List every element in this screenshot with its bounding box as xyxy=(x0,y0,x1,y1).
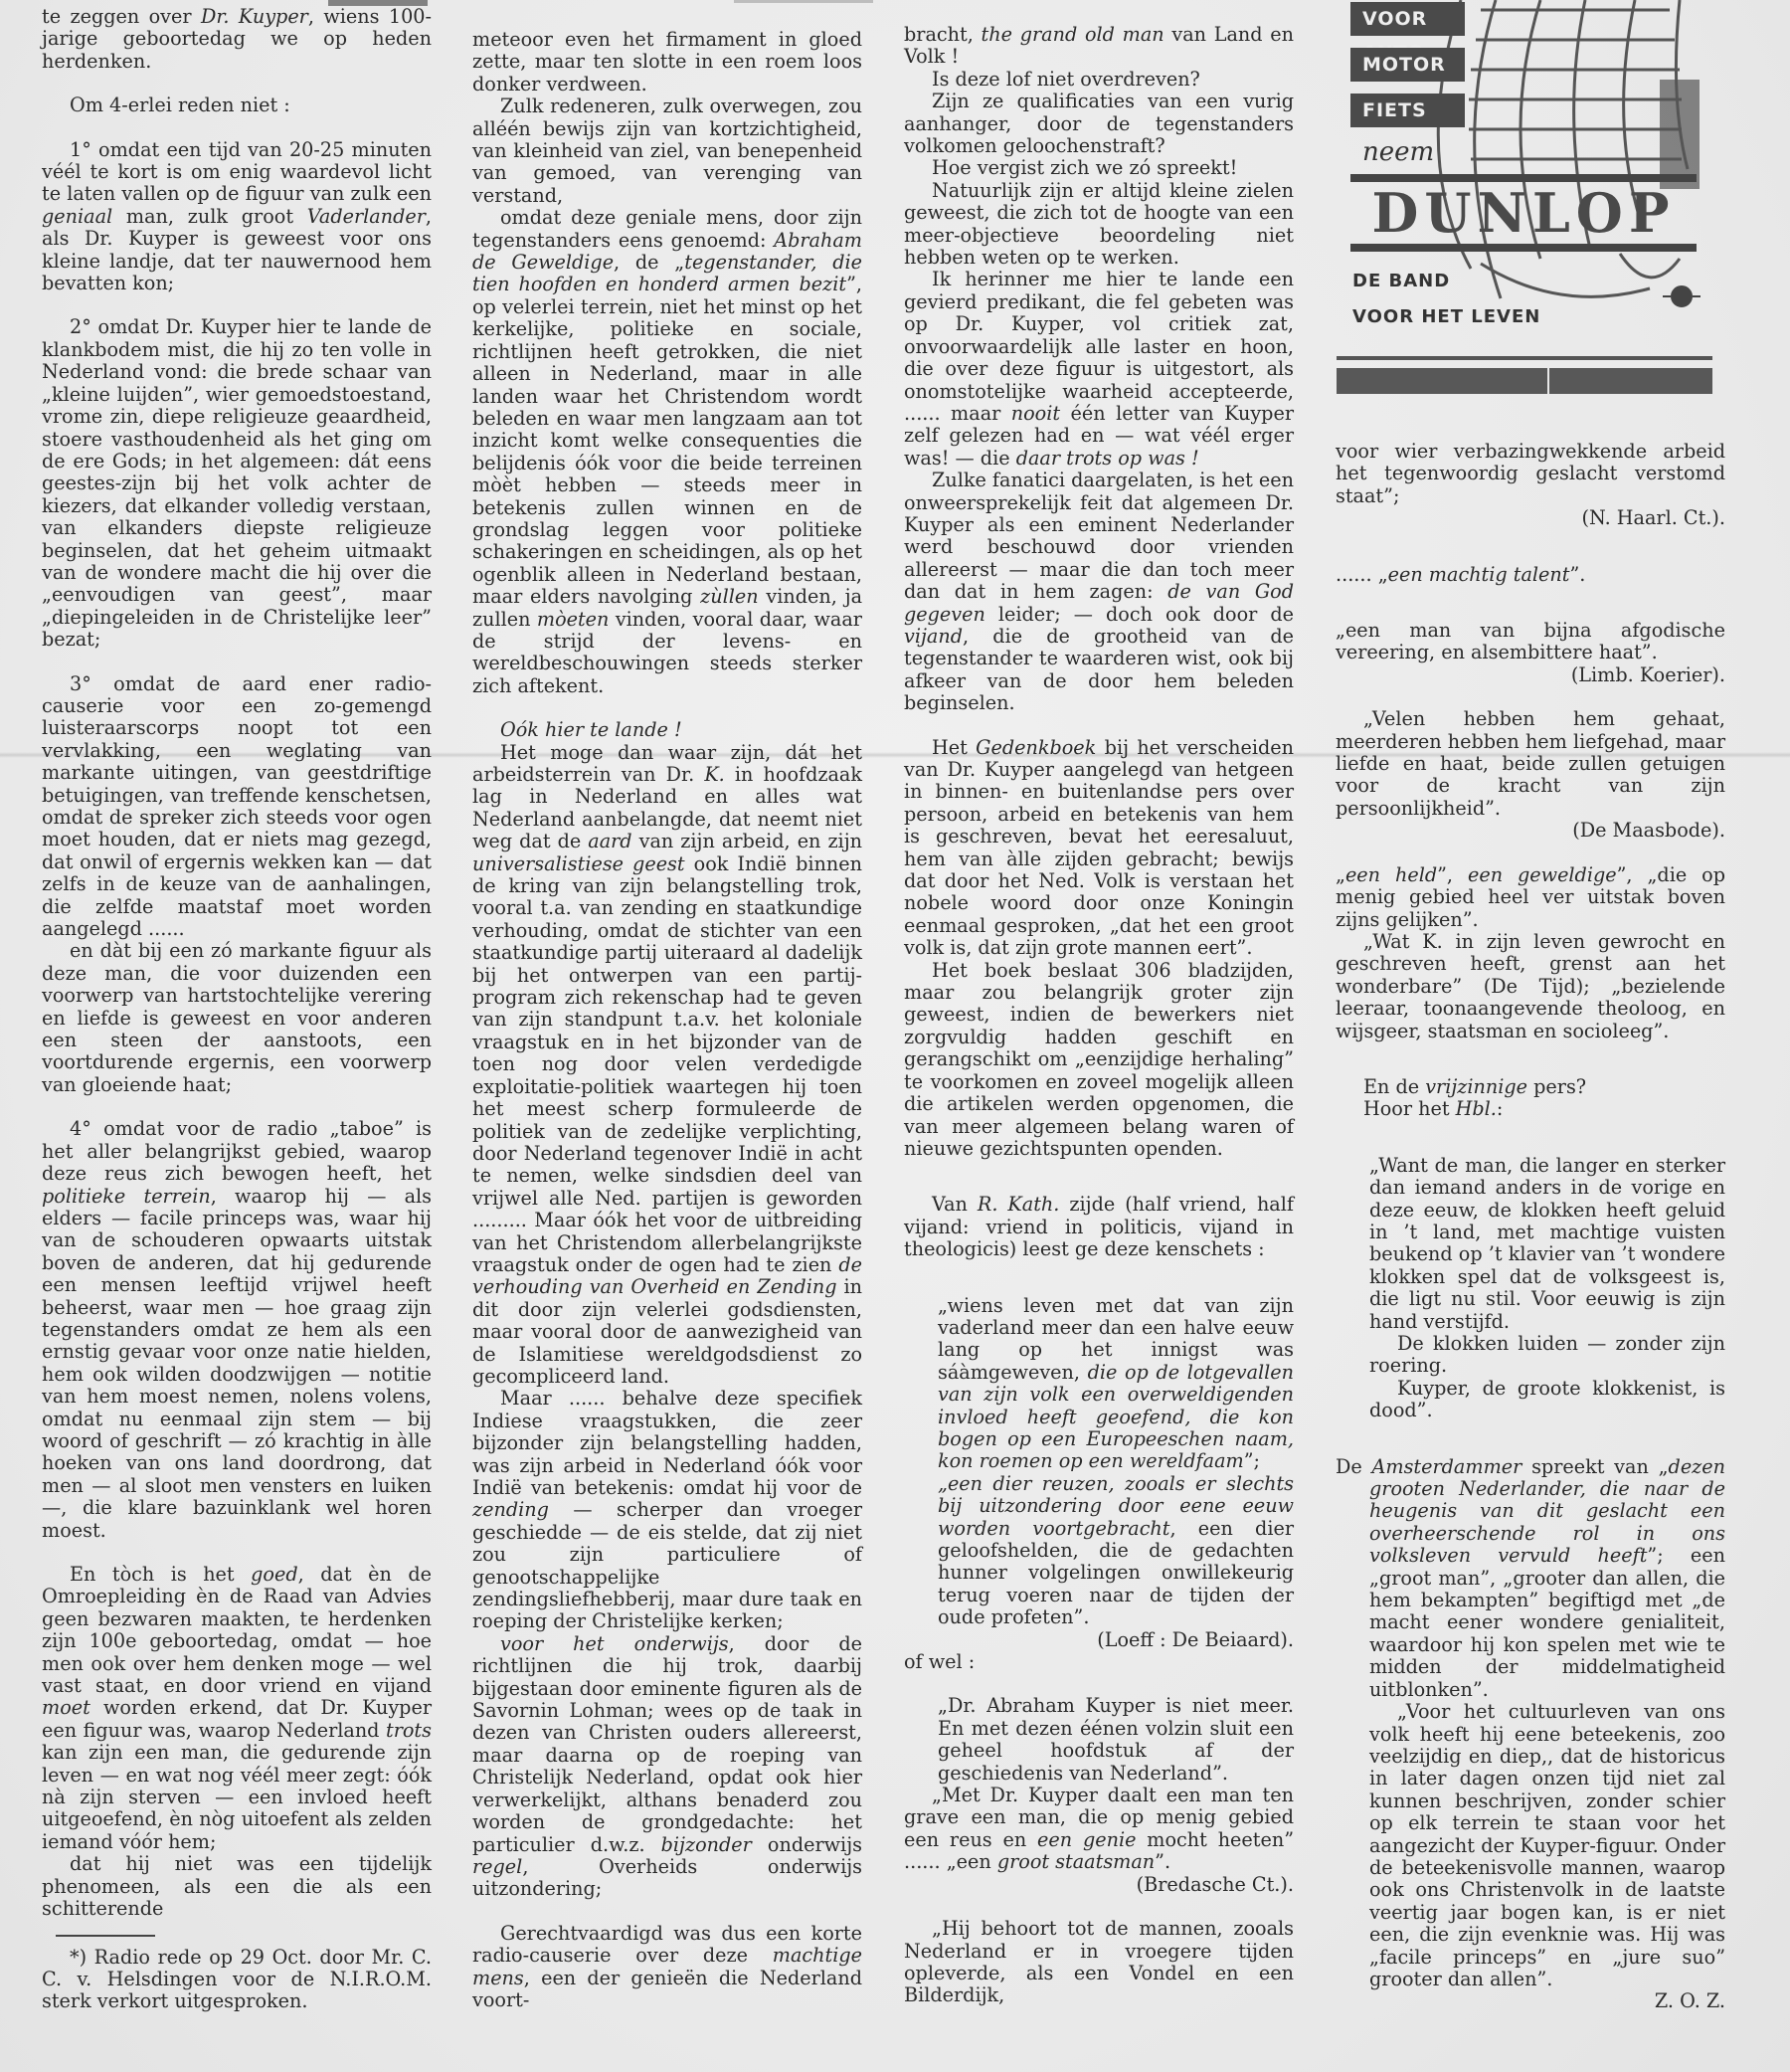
ad-tagline-1: DE BAND xyxy=(1352,271,1450,291)
text: Het boek beslaat 306 bladzijden, maar zo… xyxy=(904,959,1294,1160)
paragraph: te zeggen over Dr. Kuyper, wiens 100-jar… xyxy=(42,6,432,73)
article-column-3: bracht, the grand old man van Land en Vo… xyxy=(904,24,1294,2007)
paragraph: Zijn ze qualificaties van een vurig aanh… xyxy=(904,91,1294,157)
paragraph: Kuyper, de groote klokkenist, is dood”. xyxy=(1336,1378,1725,1422)
article-column-2: meteoor even het firmament in gloed zett… xyxy=(472,29,862,2011)
paragraph: De Amsterdammer spreekt van „dezen groot… xyxy=(1336,1456,1725,1701)
text: voor wier verbazingwekkende arbeid het t… xyxy=(1336,440,1725,507)
paragraph: „een man van bijna afgodische vereering,… xyxy=(1336,620,1725,664)
text: 2° omdat Dr. Kuyper hier te lande de kla… xyxy=(42,315,432,651)
text: (N. Haarl. Ct.). xyxy=(1582,506,1725,529)
text: 4° omdat voor de radio „taboe” is het al… xyxy=(42,1117,432,1185)
italic-text: vijand xyxy=(904,625,963,648)
italic-text: regel xyxy=(472,1855,522,1878)
italic-text: een machtig talent xyxy=(1388,563,1570,586)
text: ...... „ xyxy=(1336,563,1388,586)
italic-text: Gedenkboek xyxy=(976,736,1096,759)
paragraph: meteoor even het firmament in gloed zett… xyxy=(472,29,862,95)
paragraph: „Voor het cultuurleven van ons volk heef… xyxy=(1336,1701,1725,1990)
text: De klokken luiden — zonder zijn roering. xyxy=(1369,1332,1725,1377)
text: van zijn arbeid, en zijn xyxy=(632,830,862,852)
paragraph: voor wier verbazingwekkende arbeid het t… xyxy=(1336,441,1725,507)
text: (De Maasbode). xyxy=(1572,819,1725,842)
text: , de „ xyxy=(614,251,684,274)
text: En de xyxy=(1363,1075,1425,1098)
paragraph: „wiens leven met dat van zijn vaderland … xyxy=(904,1295,1294,1473)
ad-tagline-2: VOOR HET LEVEN xyxy=(1352,306,1540,327)
text: , Overheids onderwijs uitzondering; xyxy=(472,1855,862,1900)
italic-text: geniaal xyxy=(42,205,112,228)
text: , waarop hij — als elders — facile princ… xyxy=(42,1185,432,1542)
paragraph: 1° omdat een tijd van 20-25 minuten véél… xyxy=(42,139,432,295)
text: worden erkend, dat Dr. Kuyper een figuur… xyxy=(42,1696,432,1741)
paragraph: Het boek beslaat 306 bladzijden, maar zo… xyxy=(904,960,1294,1161)
newspaper-page: te zeggen over Dr. Kuyper, wiens 100-jar… xyxy=(0,0,1790,2072)
ad-script-neem: neem xyxy=(1362,137,1434,167)
paragraph: Gerechtvaardigd was dus een korte radio-… xyxy=(472,1923,862,2012)
italic-text: moet xyxy=(42,1696,90,1719)
text: ”. xyxy=(1569,563,1585,586)
italic-text: Dr. Kuyper xyxy=(201,5,308,28)
text: 1° omdat een tijd van 20-25 minuten véél… xyxy=(42,138,432,206)
text: „Wat K. in zijn leven gewrocht en geschr… xyxy=(1336,930,1725,1042)
italic-text: Amsterdammer xyxy=(1372,1455,1522,1478)
text: , door de richtlijnen die hij trok, daar… xyxy=(472,1632,862,1856)
footnote-rule xyxy=(56,1935,155,1937)
paragraph: dat hij niet was een tijdelijk phenomeen… xyxy=(42,1853,432,1920)
paragraph: (Loeff : De Beiaard). xyxy=(904,1629,1294,1651)
paragraph: (Bredasche Ct.). xyxy=(904,1874,1294,1896)
text: bij het verscheiden van Dr. Kuyper aange… xyxy=(904,736,1294,960)
text: Natuurlijk zijn er altijd kleine zielen … xyxy=(904,179,1294,269)
italic-text: bijzonder xyxy=(661,1833,752,1856)
paragraph: „Velen hebben hem gehaat, meerderen hebb… xyxy=(1336,708,1725,820)
text: dat hij niet was een tijdelijk phenomeen… xyxy=(42,1852,432,1920)
article-column-4: voor wier verbazingwekkende arbeid het t… xyxy=(1336,441,1725,2013)
paragraph: Hoe vergist zich we zó spreekt! xyxy=(904,157,1294,179)
footnote: *) Radio rede op 29 Oct. door Mr. C. C. … xyxy=(42,1947,432,2013)
italic-text: politieke terrein xyxy=(42,1185,211,1208)
text: ”, xyxy=(1437,863,1468,886)
italic-text: groot staatsman xyxy=(997,1850,1155,1873)
paragraph: En de vrijzinnige pers? xyxy=(1336,1076,1725,1098)
italic-text: Hbl. xyxy=(1456,1097,1497,1120)
paragraph: „een held”, een geweldige”, „die op meni… xyxy=(1336,864,1725,931)
paragraph: Oók hier te lande ! xyxy=(472,719,862,741)
text: Hoor het xyxy=(1363,1097,1456,1120)
text: , die de grootheid van de tegenstander t… xyxy=(904,625,1294,714)
paragraph: ...... „een machtig talent”. xyxy=(1336,564,1725,586)
paragraph: Hoor het Hbl.: xyxy=(1336,1098,1725,1120)
paragraph: of wel : xyxy=(904,1651,1294,1673)
ad-border-bar xyxy=(1337,368,1712,394)
text: Zijn ze qualificaties van een vurig aanh… xyxy=(904,90,1294,157)
paragraph: Om 4-erlei reden niet : xyxy=(42,94,432,116)
text: Hoe vergist zich we zó spreekt! xyxy=(932,156,1237,179)
text: man, zulk groot xyxy=(112,205,307,228)
text: Van xyxy=(932,1193,978,1216)
ad-line-motor: MOTOR xyxy=(1350,48,1465,82)
paragraph: Maar ...... behalve deze specifiek Indie… xyxy=(472,1388,862,1632)
text: , een der genieën die Nederland voort- xyxy=(472,1967,862,2011)
paragraph: „Dr. Abraham Kuyper is niet meer. En met… xyxy=(904,1695,1294,1785)
italic-text: mòeten xyxy=(537,608,610,631)
text: De xyxy=(1336,1455,1372,1478)
text: ”; xyxy=(1244,1449,1260,1472)
text: Z. O. Z. xyxy=(1655,1989,1725,2012)
text: Het xyxy=(932,736,976,759)
paragraph: Van R. Kath. zijde (half vriend, half vi… xyxy=(904,1194,1294,1260)
italic-text: K. xyxy=(704,763,724,786)
paragraph: „Wat K. in zijn leven gewrocht en geschr… xyxy=(1336,931,1725,1042)
text: kan zijn een man, die gedurende zijn lev… xyxy=(42,1741,432,1853)
italic-text: een geweldige xyxy=(1468,863,1617,886)
italic-text: goed xyxy=(251,1563,297,1586)
text: ”, op velerlei terrein, niet het minst o… xyxy=(472,273,862,608)
paragraph: omdat deze geniale mens, door zijn tegen… xyxy=(472,207,862,697)
italic-text: een genie xyxy=(1037,1828,1136,1851)
article-column-1: te zeggen over Dr. Kuyper, wiens 100-jar… xyxy=(42,6,432,2013)
paragraph: Is deze lof niet overdreven? xyxy=(904,69,1294,91)
text: Kuyper, de groote klokkenist, is dood”. xyxy=(1369,1377,1725,1421)
italic-text: universalistiese geest xyxy=(472,852,685,875)
text: ”. xyxy=(1155,1850,1170,1873)
clipped-rule-fragment xyxy=(734,0,873,3)
italic-text: Oók hier te lande ! xyxy=(500,718,682,741)
paragraph: Zulk redeneren, zulk overwegen, zou allé… xyxy=(472,95,862,207)
paragraph: bracht, the grand old man van Land en Vo… xyxy=(904,24,1294,69)
paragraph: Het Gedenkboek bij het verscheiden van D… xyxy=(904,737,1294,960)
text: pers? xyxy=(1527,1075,1586,1098)
column-paragraphs: voor wier verbazingwekkende arbeid het t… xyxy=(1336,441,1725,2013)
column-paragraphs: te zeggen over Dr. Kuyper, wiens 100-jar… xyxy=(42,6,432,1921)
text: ook Indië binnen de kring van zijn belan… xyxy=(472,852,862,1276)
dunlop-trademark-icon xyxy=(1671,285,1693,307)
text: en dàt bij een zó markante figuur als de… xyxy=(42,939,432,1095)
paragraph: En tòch is het goed, dat èn de Omroeplei… xyxy=(42,1564,432,1853)
italic-text: daar trots op was ! xyxy=(1016,447,1199,470)
text: ”; een „groot man”, „grooter dan allen, … xyxy=(1369,1544,1725,1700)
paragraph: en dàt bij een zó markante figuur als de… xyxy=(42,940,432,1096)
paragraph: Z. O. Z. xyxy=(1336,1990,1725,2012)
paragraph: Zulke fanatici daargelaten, is het een o… xyxy=(904,470,1294,714)
paragraph: Ik herinner me hier te lande een gevierd… xyxy=(904,269,1294,470)
text: „een man van bijna afgodische vereering,… xyxy=(1336,619,1725,663)
text: leider; — doch ook door de xyxy=(985,603,1294,626)
paragraph: (N. Haarl. Ct.). xyxy=(1336,507,1725,529)
paragraph: „Hij behoort tot de mannen, zooals Neder… xyxy=(904,1918,1294,2007)
text: Zulk redeneren, zulk overwegen, zou allé… xyxy=(472,94,862,207)
text: meteoor even het firmament in gloed zett… xyxy=(472,28,862,95)
italic-text: Vaderlander xyxy=(307,205,426,228)
paragraph: De klokken luiden — zonder zijn roering. xyxy=(1336,1333,1725,1378)
ad-border-line xyxy=(1337,356,1712,360)
text: „Hij behoort tot de mannen, zooals Neder… xyxy=(904,1917,1294,2006)
text: Maar ...... behalve deze specifiek Indie… xyxy=(472,1387,862,1499)
paragraph: 4° omdat voor de radio „taboe” is het al… xyxy=(42,1118,432,1542)
dunlop-logo: DUNLOP xyxy=(1350,187,1697,239)
ad-line-fiets: FIETS xyxy=(1350,94,1465,127)
italic-text: trots xyxy=(386,1719,432,1742)
text: onderwijs xyxy=(752,1833,862,1856)
paragraph: Het moge dan waar zijn, dát het arbeidst… xyxy=(472,742,862,1389)
paragraph: „een dier reuzen, zooals er slechts bij … xyxy=(904,1473,1294,1629)
paragraph: voor het onderwijs, door de richtlijnen … xyxy=(472,1633,862,1901)
paragraph: Natuurlijk zijn er altijd kleine zielen … xyxy=(904,180,1294,270)
italic-text: nooit xyxy=(1011,402,1060,425)
text: „Want de man, die langer en sterker dan … xyxy=(1369,1154,1725,1333)
italic-text: voor het onderwijs xyxy=(500,1632,729,1655)
text: „Dr. Abraham Kuyper is niet meer. En met… xyxy=(938,1694,1294,1784)
text: (Bredasche Ct.). xyxy=(1137,1873,1294,1896)
italic-text: zending xyxy=(472,1498,549,1521)
dunlop-advertisement: VOOR AUTO MOTOR FIETS neem DUNLOP DE BAN… xyxy=(1337,0,1714,398)
paragraph: (Limb. Koerier). xyxy=(1336,664,1725,686)
italic-text: aard xyxy=(588,830,631,852)
paragraph: (De Maasbode). xyxy=(1336,820,1725,842)
italic-text: R. Kath. xyxy=(978,1193,1059,1216)
text: „Voor het cultuurleven van ons volk heef… xyxy=(1369,1700,1725,1990)
italic-text: zùllen xyxy=(700,585,758,608)
ad-line-voor-auto: VOOR AUTO xyxy=(1350,2,1465,36)
text: (Loeff : De Beiaard). xyxy=(1097,1628,1294,1651)
column-paragraphs: bracht, the grand old man van Land en Vo… xyxy=(904,24,1294,2007)
text: bracht, xyxy=(904,23,982,46)
ad-band-bottom xyxy=(1350,244,1697,252)
text: „ xyxy=(1336,863,1345,886)
text: Om 4-erlei reden niet : xyxy=(70,94,290,116)
text: (Limb. Koerier). xyxy=(1571,663,1725,686)
paragraph: 3° omdat de aard ener radio-causerie voo… xyxy=(42,673,432,941)
text: : xyxy=(1497,1097,1503,1120)
column-paragraphs: meteoor even het firmament in gloed zett… xyxy=(472,29,862,2011)
paragraph: 2° omdat Dr. Kuyper hier te lande de kla… xyxy=(42,316,432,651)
text: Is deze lof niet overdreven? xyxy=(932,68,1200,91)
text: En tòch is het xyxy=(70,1563,251,1586)
paragraph: „Want de man, die langer en sterker dan … xyxy=(1336,1155,1725,1333)
text: spreekt van „ xyxy=(1521,1455,1668,1478)
paragraph: „Met Dr. Kuyper daalt een man ten grave … xyxy=(904,1785,1294,1874)
text: te zeggen over xyxy=(42,5,201,28)
text: „Velen hebben hem gehaat, meerderen hebb… xyxy=(1336,707,1725,820)
italic-text: the grand old man xyxy=(982,23,1164,46)
italic-text: een held xyxy=(1345,863,1437,886)
text: of wel : xyxy=(904,1650,975,1673)
italic-text: vrijzinnige xyxy=(1425,1075,1527,1098)
text: 3° omdat de aard ener radio-causerie voo… xyxy=(42,672,432,940)
